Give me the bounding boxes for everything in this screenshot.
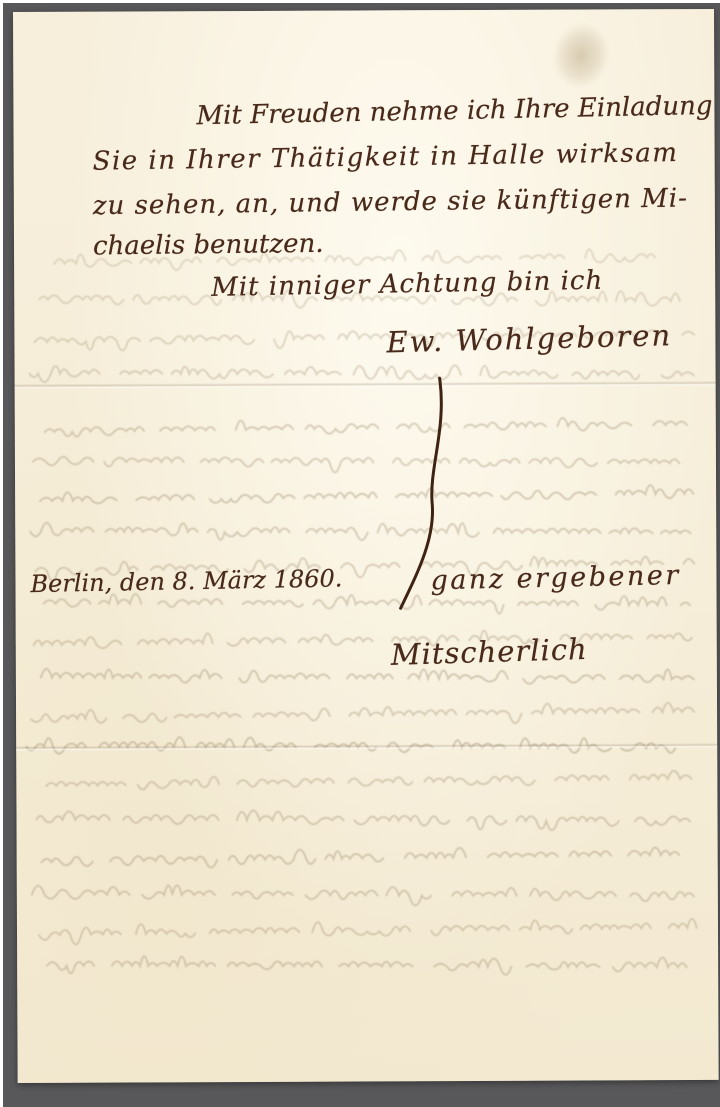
letter-page: Mit Freuden nehme ich Ihre Einladung Sie…	[13, 9, 719, 1083]
scanned-letter: Mit Freuden nehme ich Ihre Einladung Sie…	[0, 0, 720, 1107]
valediction-line: ganz ergebener	[430, 560, 681, 596]
pen-flourish	[13, 9, 719, 1083]
dateline: Berlin, den 8. März 1860.	[30, 564, 342, 598]
signature: Mitscherlich	[390, 632, 588, 672]
